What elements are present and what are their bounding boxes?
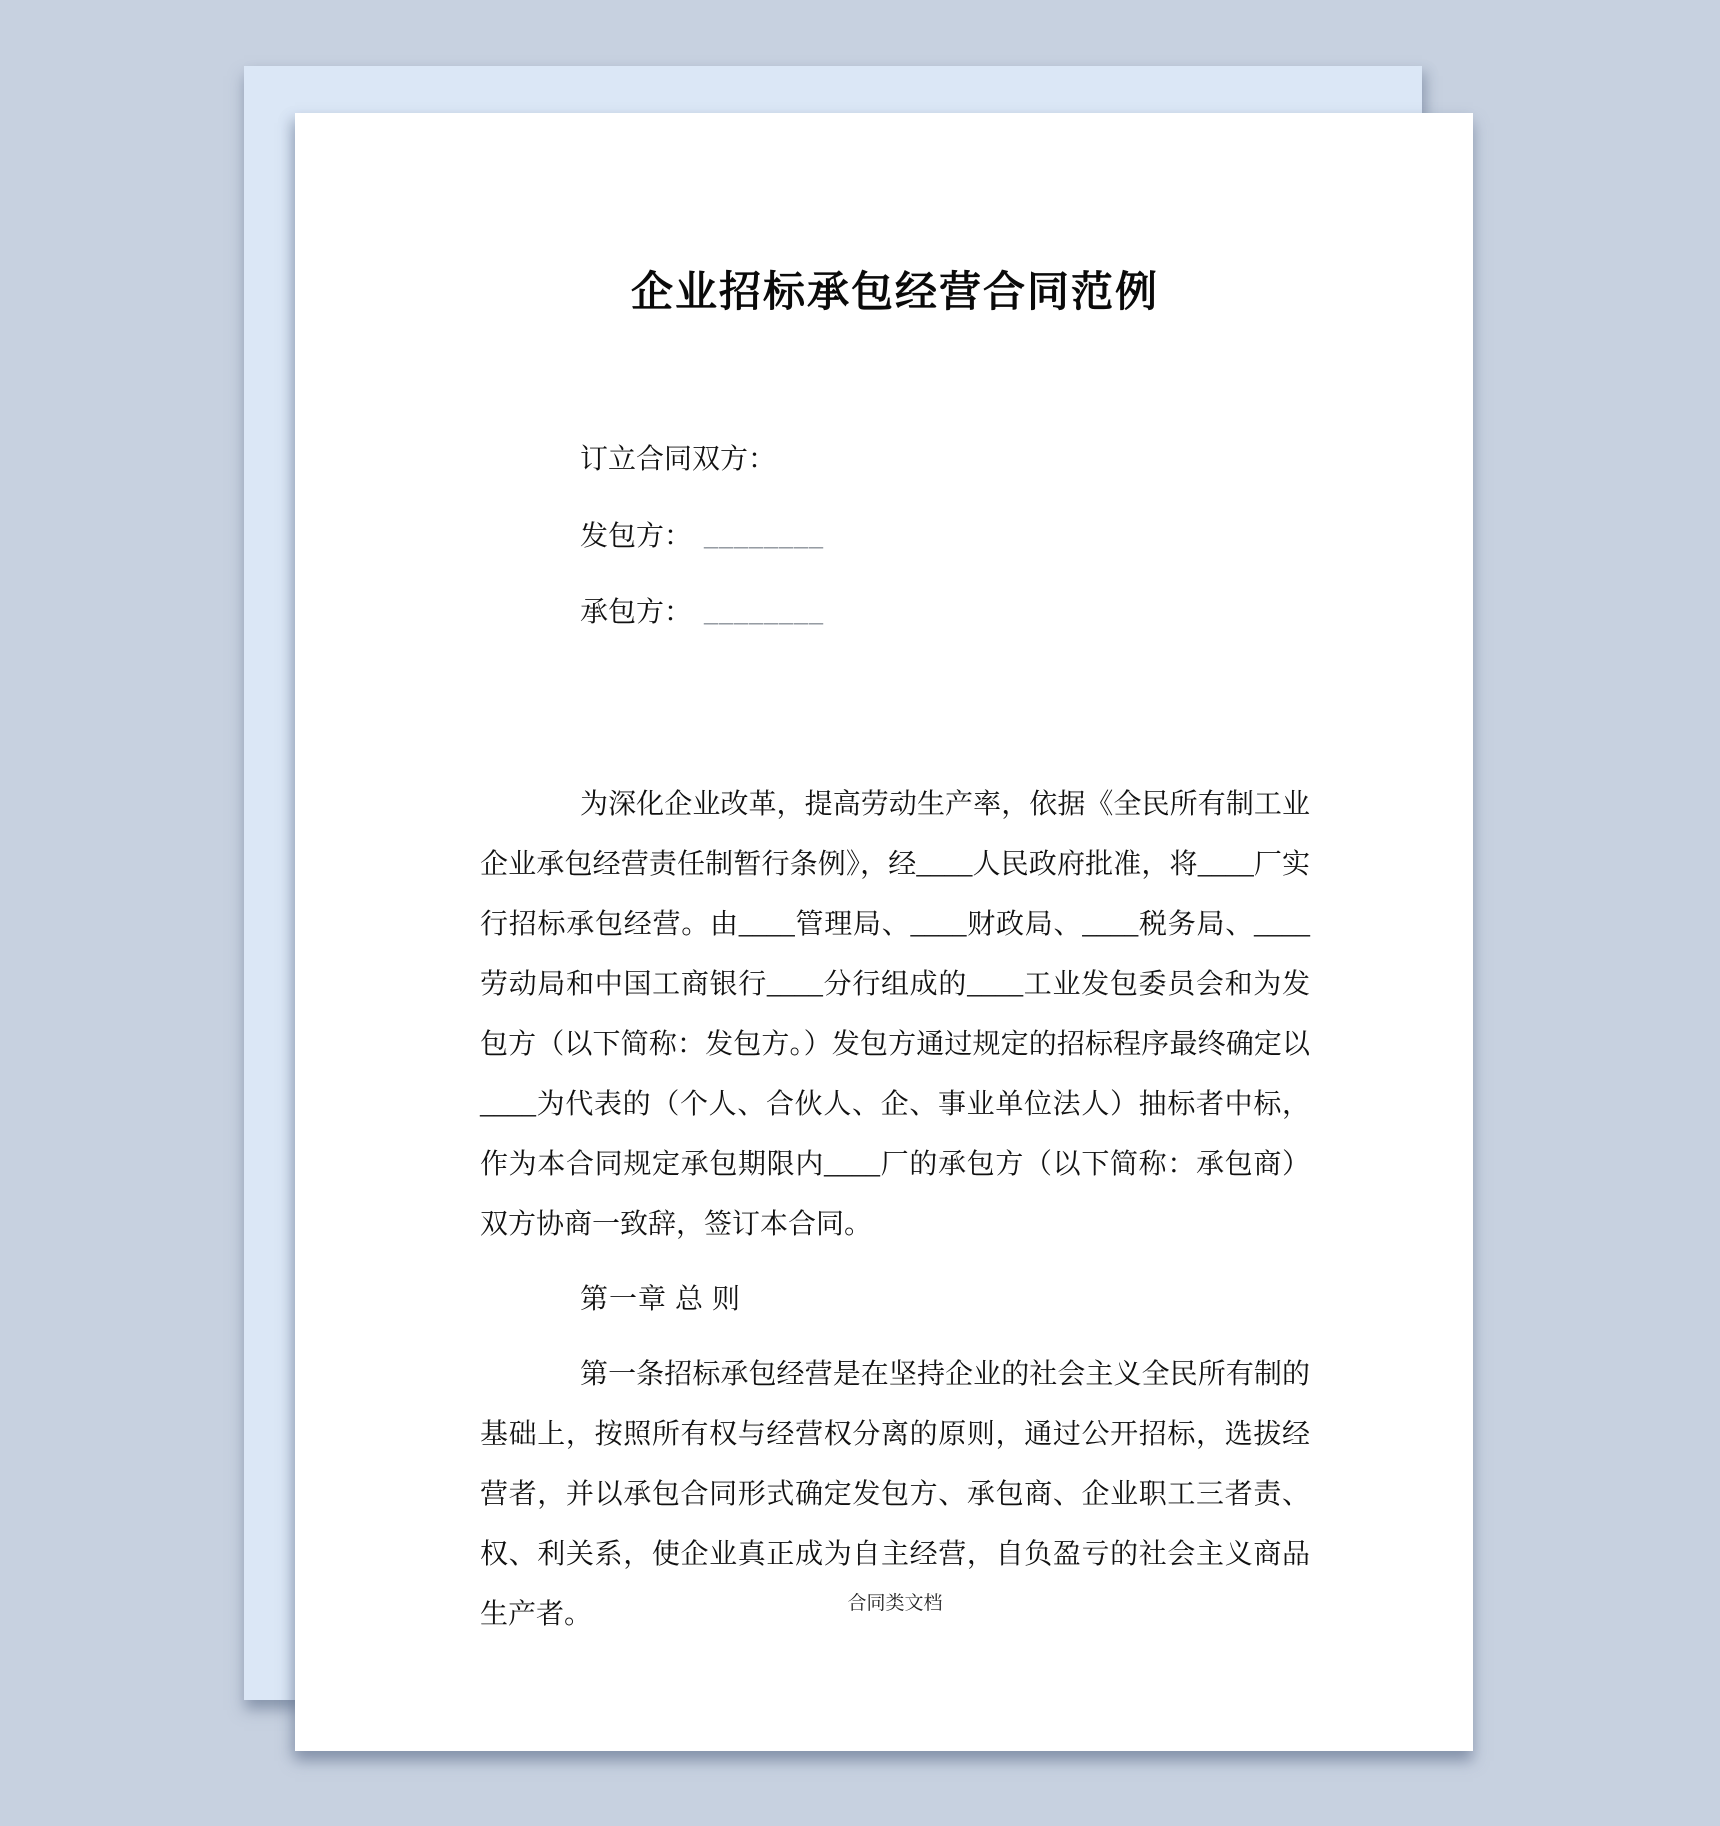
- party-a-line: 发包方：________: [480, 507, 1310, 567]
- desktop-background: 企业招标承包经营合同范例 订立合同双方： 发包方：________ 承包方：__…: [0, 0, 1720, 1826]
- page-footer-label: 合同类文档: [480, 1590, 1310, 1618]
- party-b-label: 承包方：: [580, 597, 692, 628]
- party-b-blank: ________: [704, 597, 824, 628]
- opening-line: 订立合同双方：: [480, 430, 1310, 490]
- contract-intro-paragraph: 为深化企业改革，提高劳动生产率，依据《全民所有制工业企业承包经营责任制暂行条例》…: [480, 775, 1310, 1255]
- chapter-heading: 第一章 总 则: [480, 1270, 1310, 1330]
- party-a-blank: ________: [704, 521, 824, 552]
- party-a-label: 发包方：: [580, 521, 692, 552]
- party-b-line: 承包方：________: [480, 583, 1310, 643]
- document-page: 企业招标承包经营合同范例 订立合同双方： 发包方：________ 承包方：__…: [295, 113, 1473, 1751]
- document-title: 企业招标承包经营合同范例: [480, 263, 1310, 321]
